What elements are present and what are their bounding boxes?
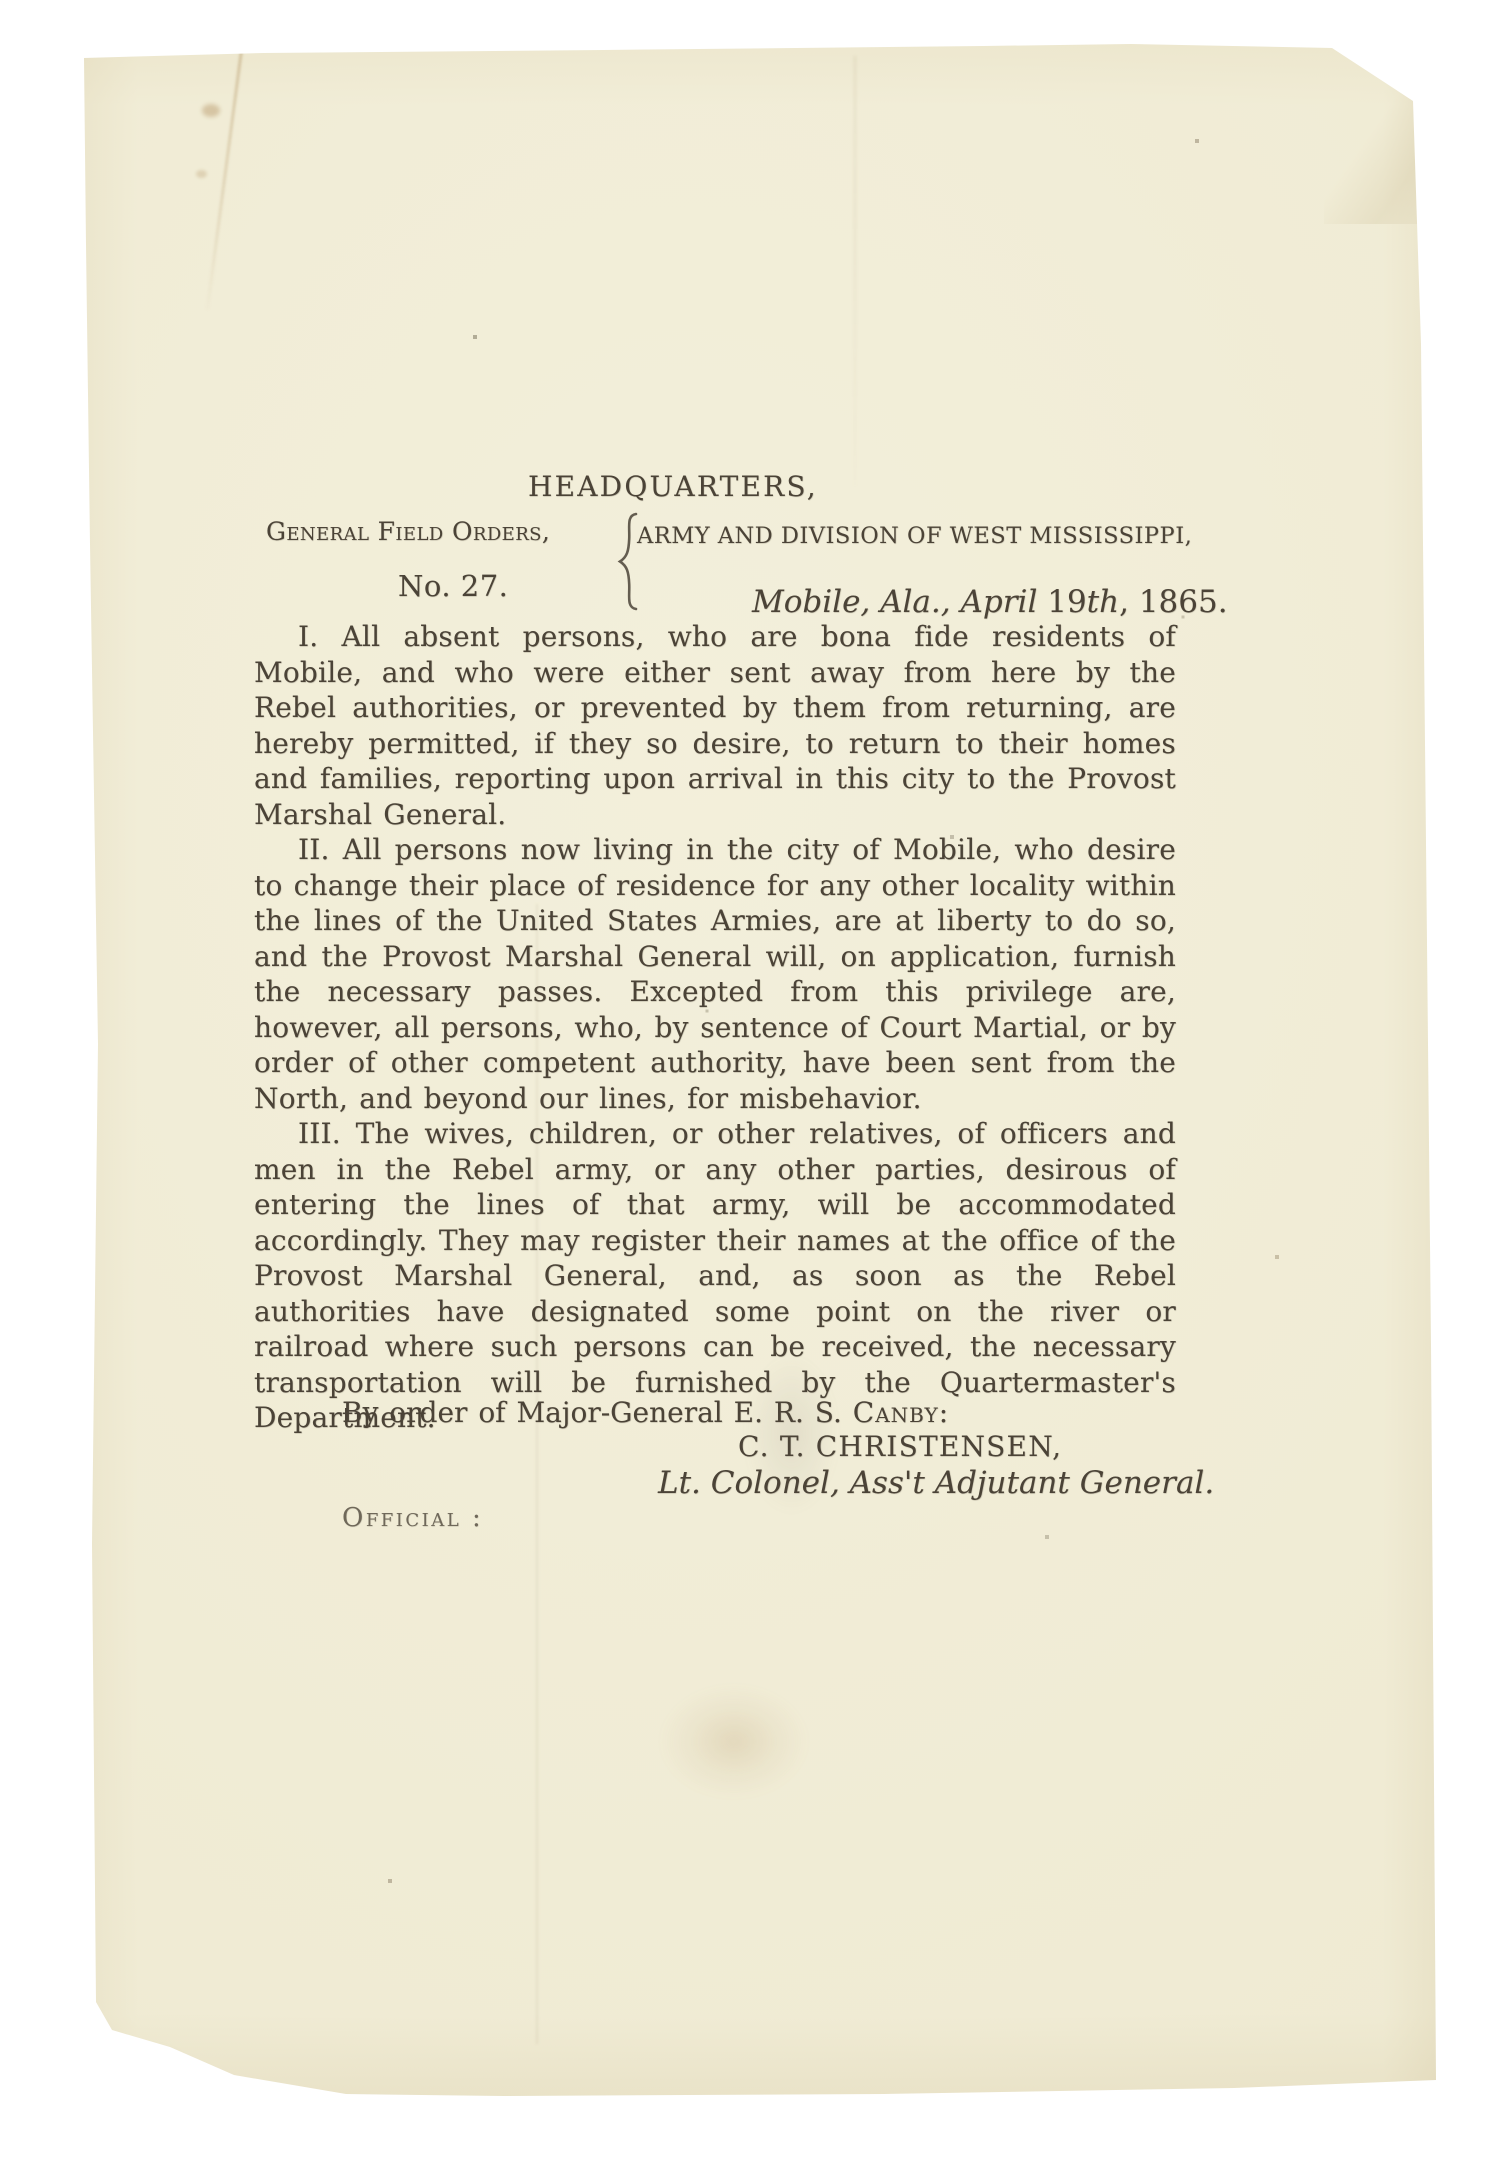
by-order-colon: : [939,1396,948,1429]
commander-name: Canby [853,1396,939,1429]
paragraph-2: II. All persons now living in the city o… [254,832,1176,1116]
brace-icon [615,512,639,611]
document-page: HEADQUARTERS, General Field Orders, No. … [84,44,1437,2096]
place-dateline: Mobile, Ala., April 19th, 1865. [752,584,1228,620]
cut-corner-shading [1324,74,1436,224]
signature-title: Lt. Colonel, Ass't Adjutant General. [658,1465,1214,1501]
dateline-year: , 1865. [1119,584,1227,620]
dateline-city: Mobile, Ala., April [752,584,1047,620]
dateline-ordinal: th [1087,584,1119,620]
stain-mark [659,1684,809,1799]
dust-specks [84,44,86,46]
headquarters-line: HEADQUARTERS, [528,470,818,503]
bottom-left-curl-shading [90,1974,280,2096]
paragraph-3: III. The wives, children, or other relat… [254,1116,1176,1436]
scan-background: HEADQUARTERS, General Field Orders, No. … [0,0,1500,2166]
order-label: General Field Orders, [266,517,550,546]
foxing-spot [196,170,207,178]
body-text: I. All absent persons, who are bona fide… [254,619,1176,1436]
paragraph-1: I. All absent persons, who are bona fide… [254,619,1176,832]
official-label: Official : [342,1503,483,1533]
foxing-spot [202,104,220,117]
fold-crease-top-left [206,50,243,310]
army-division-line: ARMY AND DIVISION OF WEST MISSISSIPPI, [637,523,1192,549]
by-order-line: By order of Major-General E. R. S. Canby… [342,1396,948,1429]
order-number: No. 27. [398,569,508,603]
dateline-day: 19 [1047,584,1086,620]
signature-name: C. T. CHRISTENSEN, [738,1430,1062,1463]
by-order-prefix: By order of Major-General E. R. S. [342,1396,853,1429]
fold-crease-top-center [854,56,856,486]
